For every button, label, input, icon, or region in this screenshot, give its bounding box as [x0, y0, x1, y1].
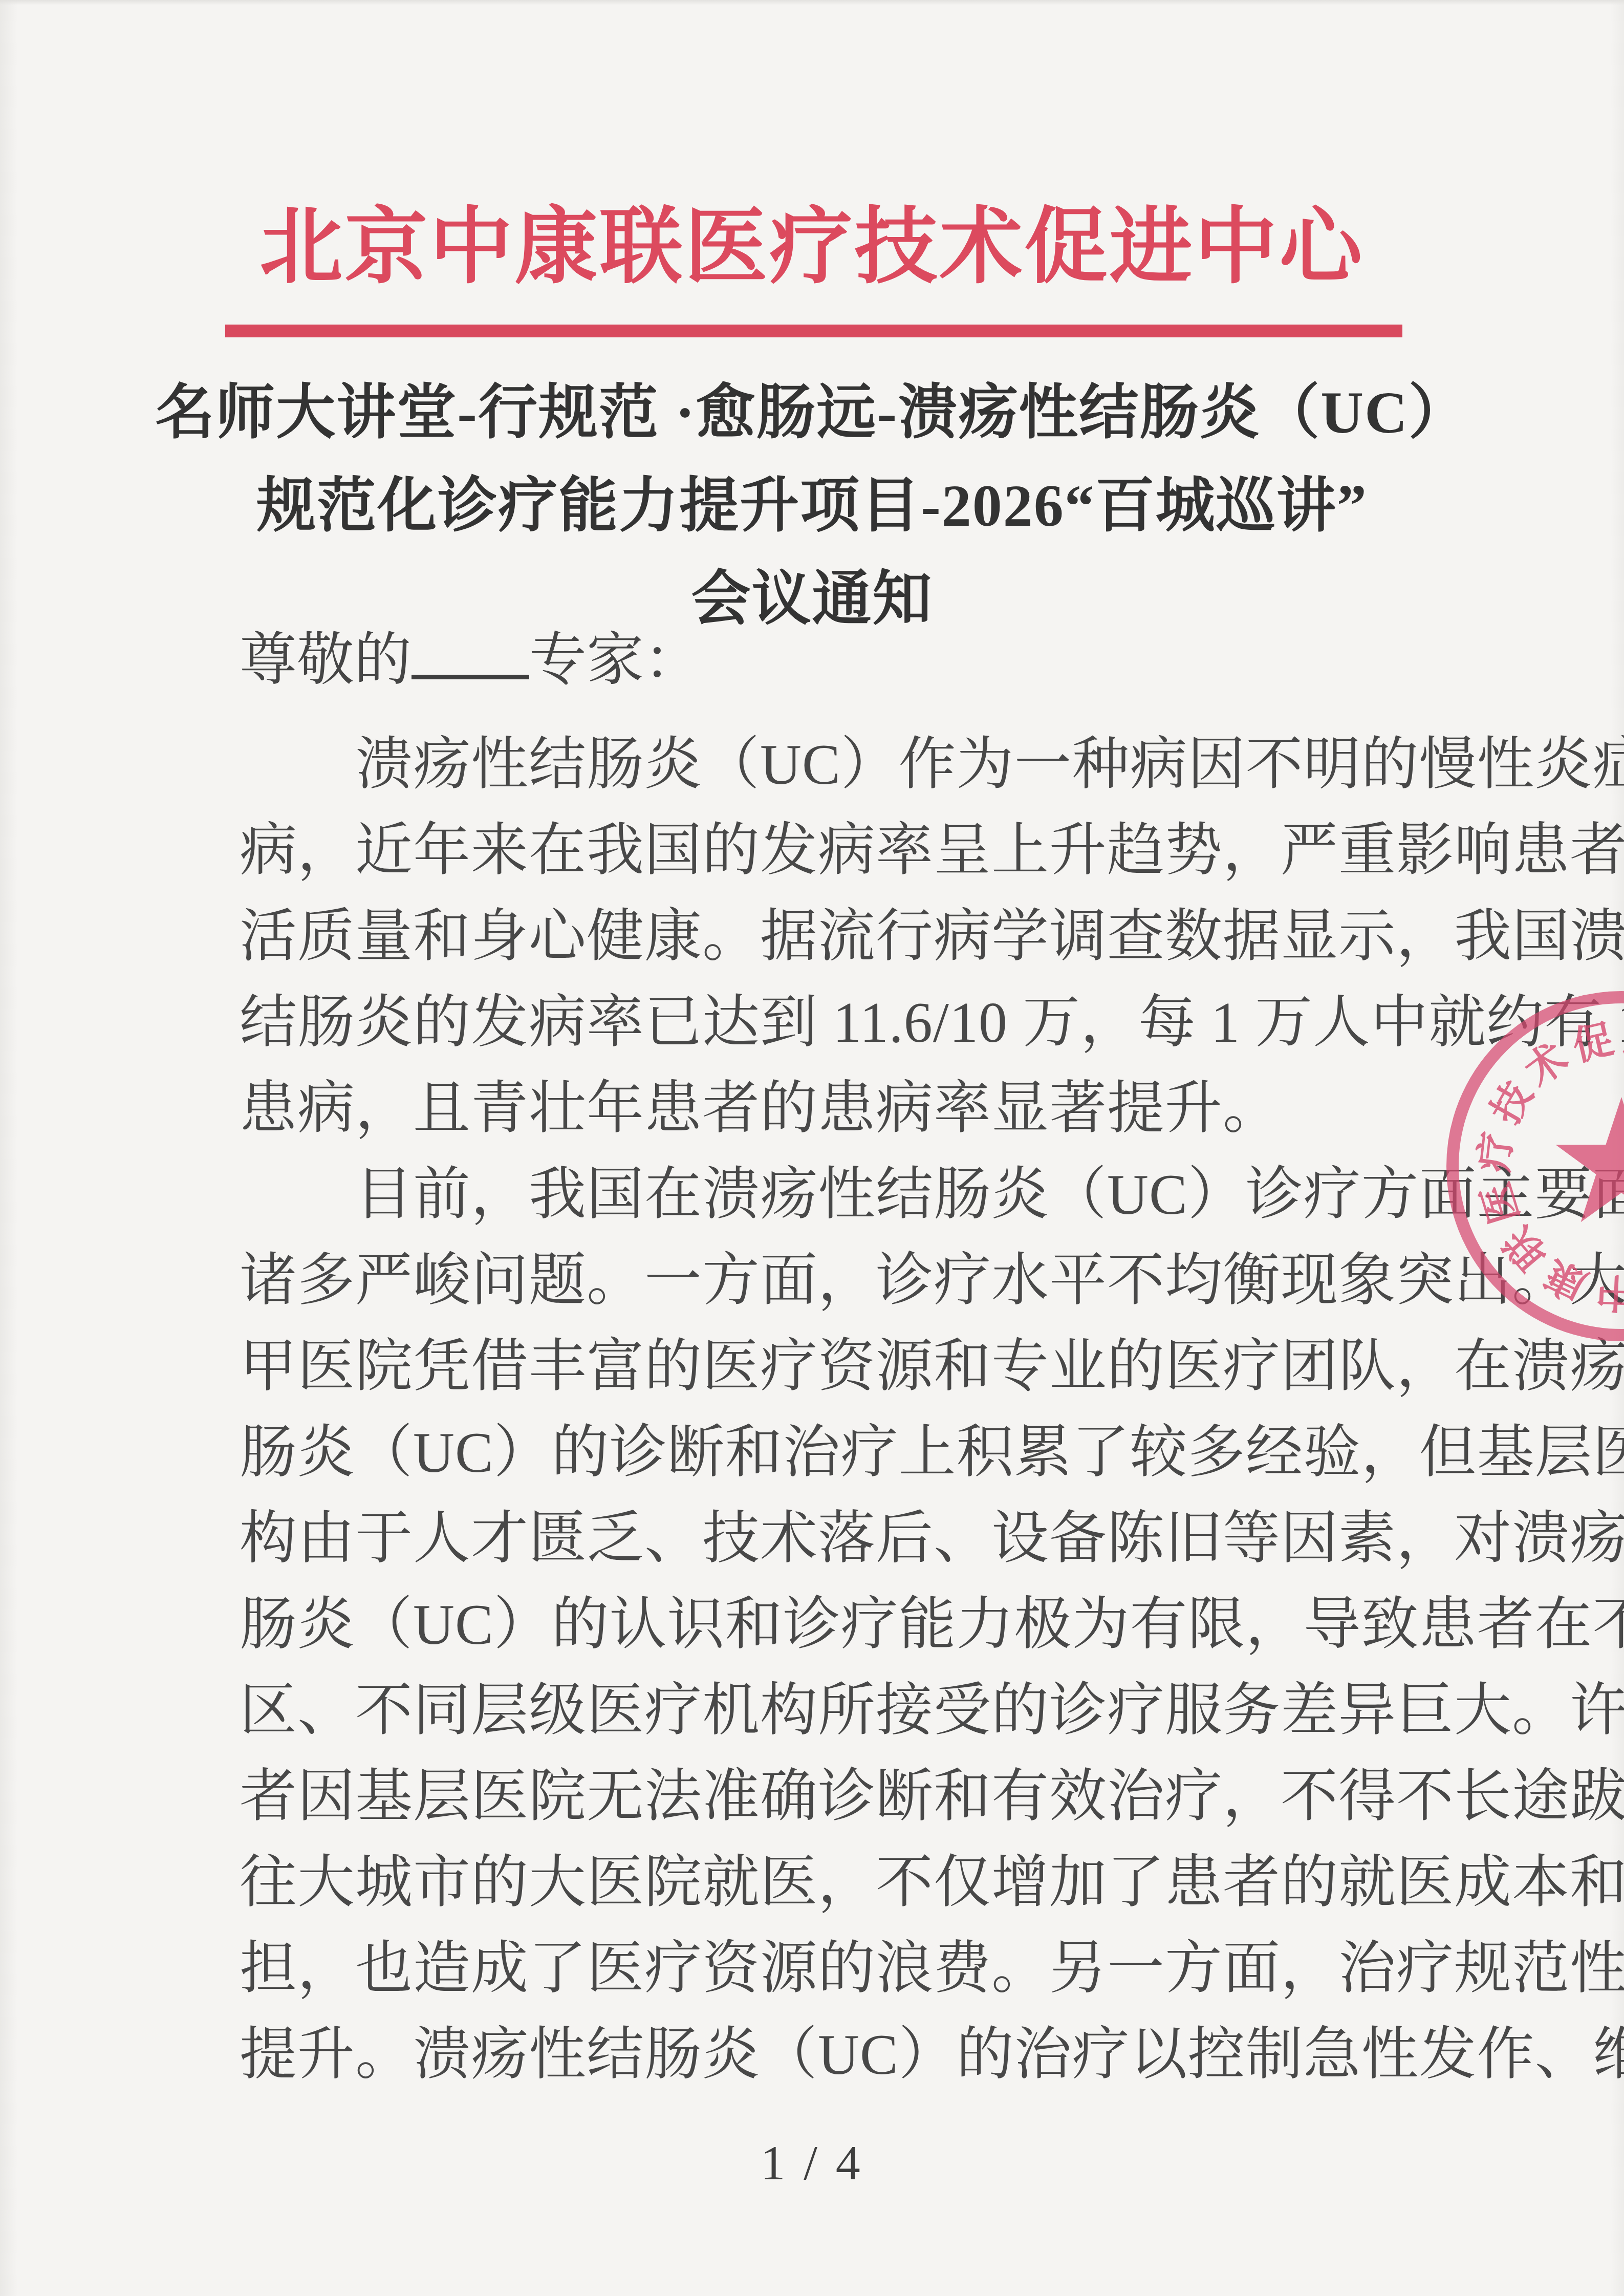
body-text-line: 区、不同层级医疗机构所接受的诊疗服务差异巨大。许多患	[240, 1668, 1417, 1754]
body-text-line: 提升。溃疡性结肠炎（UC）的治疗以控制急性发作、维持缓	[240, 2012, 1417, 2098]
stamp-arc-char: 医	[1474, 1177, 1528, 1229]
salutation-prefix: 尊敬的	[240, 629, 412, 692]
body-text-line: 病，近年来在我国的发病率呈上升趋势，严重影响患者的生	[240, 808, 1417, 894]
stamp-arc-char: 中	[1595, 1270, 1624, 1316]
body-text-line: 往大城市的大医院就医，不仅增加了患者的就医成本和负	[240, 1840, 1417, 1926]
stamp-arc-char: 联	[1496, 1218, 1555, 1278]
body-text-line: 担，也造成了医疗资源的浪费。另一方面，治疗规范性亟待	[240, 1926, 1417, 2012]
document-title: 名师大讲堂-行规范 ·愈肠远-溃疡性结肠炎（UC） 规范化诊疗能力提升项目-20…	[0, 367, 1624, 646]
body-text-line: 肠炎（UC）的诊断和治疗上积累了较多经验，但基层医疗机	[240, 1410, 1417, 1496]
stamp-arc-char: 康	[1539, 1251, 1594, 1308]
body-text-line: 肠炎（UC）的认识和诊疗能力极为有限，导致患者在不同地	[240, 1582, 1417, 1668]
salutation-line: 尊敬的专家：	[240, 632, 701, 689]
body-text-line: 者因基层医院无法准确诊断和有效治疗，不得不长途跋涉前	[240, 1754, 1417, 1840]
stamp-arc-char: 促	[1569, 1017, 1618, 1069]
body-text-line: 构由于人才匮乏、技术落后、设备陈旧等因素，对溃疡性结	[240, 1496, 1417, 1582]
red-divider-rule	[225, 325, 1402, 337]
stamp-arc-char: 技	[1483, 1075, 1541, 1131]
stamp-arc-char: 疗	[1471, 1129, 1520, 1174]
document-title-line-1: 名师大讲堂-行规范 ·愈肠远-溃疡性结肠炎（UC）	[0, 367, 1624, 460]
stamp-arc-char: 术	[1517, 1035, 1575, 1094]
body-text-line: 溃疡性结肠炎（UC）作为一种病因不明的慢性炎症性肠	[240, 722, 1417, 808]
body-text-line: 诸多严峻问题。一方面，诊疗水平不均衡现象突出。大型三	[240, 1238, 1417, 1324]
body-text-line: 患病，且青壮年患者的患病率显著提升。	[240, 1066, 1417, 1152]
body-text: 溃疡性结肠炎（UC）作为一种病因不明的慢性炎症性肠病，近年来在我国的发病率呈上升…	[240, 722, 1417, 2098]
stamp-arc-char: 进	[1621, 1016, 1624, 1067]
official-seal-stamp: 北 京 中 康 联 医 疗 技 术 促 进 中 心	[1442, 987, 1624, 1345]
org-title: 北京中康联医疗技术促进中心	[0, 207, 1624, 290]
page-number: 1 / 4	[0, 2138, 1624, 2187]
body-text-line: 目前，我国在溃疡性结肠炎（UC）诊疗方面主要面临着	[240, 1152, 1417, 1238]
body-text-line: 活质量和身心健康。据流行病学调查数据显示，我国溃疡性	[240, 894, 1417, 980]
name-blank-underline	[412, 669, 529, 679]
body-text-line: 结肠炎的发病率已达到 11.6/10 万，每 1 万人中就约有 1 人	[240, 980, 1417, 1066]
body-text-line: 甲医院凭借丰富的医疗资源和专业的医疗团队，在溃疡性结	[240, 1324, 1417, 1410]
scanned-document-page: 北京中康联医疗技术促进中心 名师大讲堂-行规范 ·愈肠远-溃疡性结肠炎（UC） …	[0, 0, 1624, 2296]
document-title-line-2: 规范化诊疗能力提升项目-2026“百城巡讲”	[0, 460, 1624, 553]
salutation-suffix: 专家：	[529, 629, 701, 692]
star-icon	[1556, 1097, 1624, 1222]
